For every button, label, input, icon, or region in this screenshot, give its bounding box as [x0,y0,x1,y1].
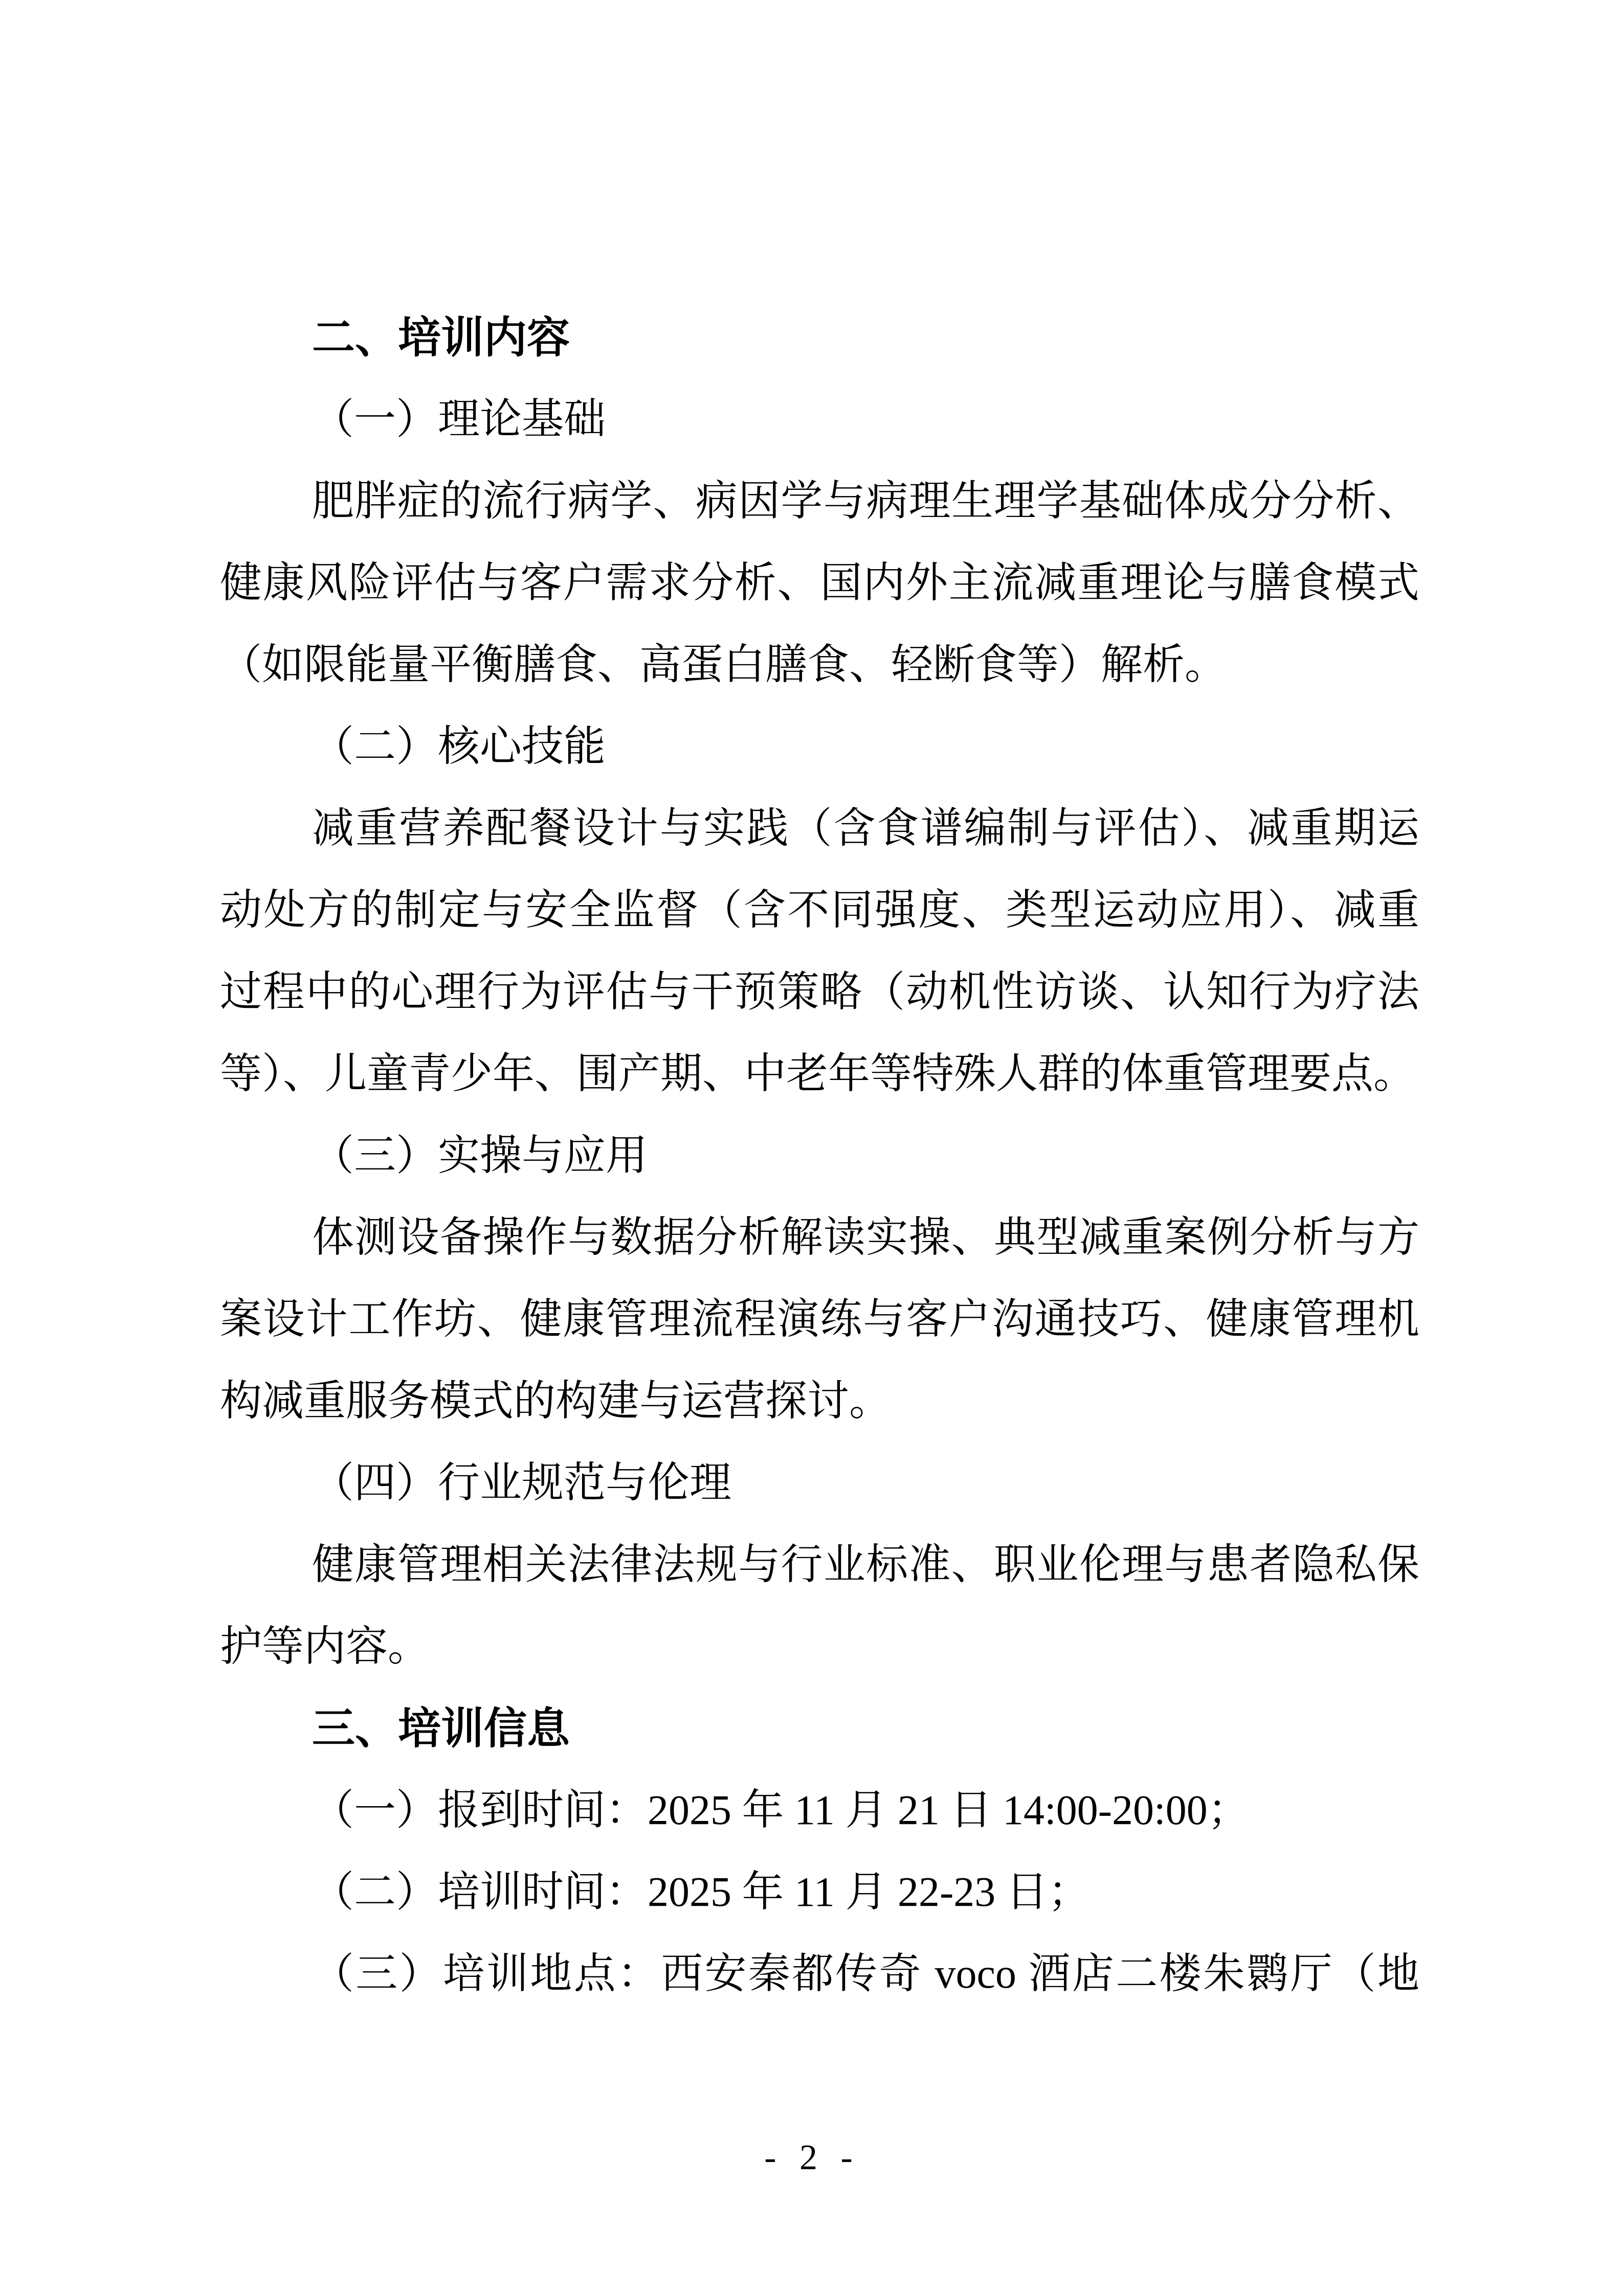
paragraph-line: （如限能量平衡膳食、高蛋白膳食、轻断食等）解析。 [220,624,1419,706]
footer-page-number: - 2 - [0,2135,1624,2181]
paragraph-line: 体测设备操作与数据分析解读实操、典型减重案例分析与方 [220,1197,1419,1278]
paragraph-line: 肥胖症的流行病学、病因学与病理生理学基础体成分分析、 [220,460,1419,542]
subsection-heading: （一）理论基础 [220,378,1419,460]
document-body: 二、培训内容（一）理论基础肥胖症的流行病学、病因学与病理生理学基础体成分分析、健… [220,297,1419,2015]
section-heading: 三、培训信息 [220,1687,1419,1769]
paragraph-line: 健康风险评估与客户需求分析、国内外主流减重理论与膳食模式 [220,542,1419,624]
paragraph-line: 案设计工作坊、健康管理流程演练与客户沟通技巧、健康管理机 [220,1278,1419,1360]
section-heading: 二、培训内容 [220,297,1419,378]
info-item-line: （二）培训时间：2025 年 11 月 22-23 日； [220,1851,1419,1933]
document-lines: 二、培训内容（一）理论基础肥胖症的流行病学、病因学与病理生理学基础体成分分析、健… [220,297,1419,2015]
paragraph-line: 减重营养配餐设计与实践（含食谱编制与评估）、减重期运 [220,787,1419,869]
paragraph-line: （三）培训地点：西安秦都传奇 voco 酒店二楼朱鹮厅（地 [220,1933,1419,2015]
subsection-heading: （三）实操与应用 [220,1115,1419,1197]
subsection-heading: （二）核心技能 [220,706,1419,787]
subsection-heading: （四）行业规范与伦理 [220,1442,1419,1524]
paragraph-line: 等）、儿童青少年、围产期、中老年等特殊人群的体重管理要点。 [220,1033,1419,1115]
paragraph-line: 健康管理相关法律法规与行业标准、职业伦理与患者隐私保 [220,1524,1419,1606]
paragraph-line: 过程中的心理行为评估与干预策略（动机性访谈、认知行为疗法 [220,951,1419,1033]
document-page: 二、培训内容（一）理论基础肥胖症的流行病学、病因学与病理生理学基础体成分分析、健… [0,0,1624,2296]
paragraph-line: 构减重服务模式的构建与运营探讨。 [220,1360,1419,1442]
paragraph-line: 护等内容。 [220,1606,1419,1687]
paragraph-line: 动处方的制定与安全监督（含不同强度、类型运动应用）、减重 [220,869,1419,951]
info-item-line: （一）报到时间：2025 年 11 月 21 日 14:00-20:00； [220,1769,1419,1851]
